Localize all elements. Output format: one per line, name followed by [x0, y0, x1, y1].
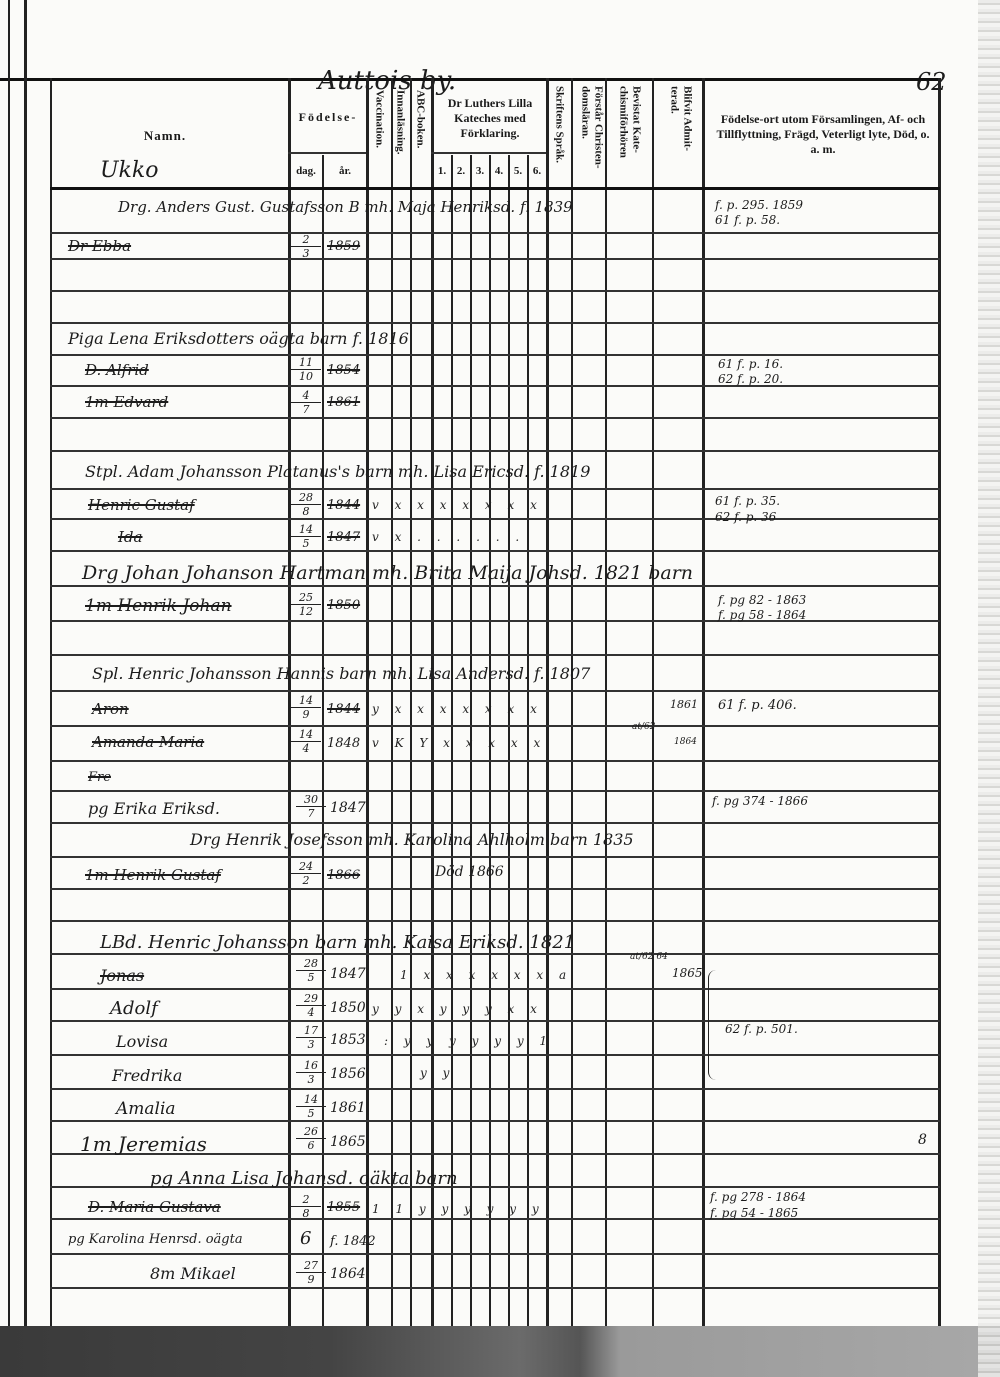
- household-head: Spl. Henric Johansson Hannis barn mh. Li…: [92, 664, 590, 683]
- birth-date: 144: [291, 729, 321, 754]
- birth-year: 1847: [330, 966, 366, 982]
- col-divider: [702, 78, 705, 1330]
- birth-date: 294: [296, 993, 326, 1018]
- birth-year: 1864: [330, 1266, 366, 1282]
- admitted-year: 1864: [674, 737, 697, 747]
- row-rule: [50, 450, 940, 452]
- household-head: Drg Johan Johanson Hartman mh. Brita Mai…: [82, 562, 693, 584]
- catechism-marks: : y y y y y y 1: [384, 1034, 553, 1048]
- birth-date: 279: [296, 1260, 326, 1285]
- child-name: Amalia: [116, 1099, 176, 1119]
- birth-date: 285: [296, 958, 326, 983]
- header-catechism-1: 1.: [433, 165, 451, 179]
- remark: f. pg 374 - 1866: [712, 794, 808, 808]
- birth-year: 1848: [327, 736, 360, 751]
- row-rule: [50, 1020, 940, 1022]
- birth-date: 28: [291, 1194, 321, 1219]
- row-rule: [50, 1120, 940, 1122]
- admitted-year: 1865: [672, 966, 703, 980]
- header-bottom-rule: [50, 187, 940, 190]
- birth-year: f. 1842: [330, 1234, 376, 1249]
- birth-year: 1847: [327, 530, 360, 545]
- row-rule: [50, 585, 940, 587]
- top-rule: [0, 78, 940, 81]
- row-rule: [50, 760, 940, 762]
- remark: f. pg 54 - 1865: [710, 1206, 798, 1220]
- catechism-marks: v K Y x x x x x: [372, 736, 546, 750]
- household-head: pg Anna Lisa Johansd. oäkta barn: [150, 1168, 458, 1189]
- header-subrule: [431, 152, 546, 154]
- header-hearings: Bevistat Kate- chismiförhören: [617, 86, 642, 184]
- child-name: Lovisa: [116, 1032, 168, 1051]
- birth-date: 145: [291, 524, 321, 549]
- hearing-note: at/62: [632, 722, 655, 732]
- child-name: 1m Henrik Gustaf: [85, 866, 221, 884]
- child-name: Amanda Maria: [92, 733, 204, 751]
- remark: f. pg 58 - 1864: [718, 608, 806, 622]
- row-rule: [50, 550, 940, 552]
- birth-day: 6: [300, 1228, 311, 1249]
- row-rule: [50, 322, 940, 324]
- row-rule: [50, 232, 940, 234]
- header-birth: Födelse-: [292, 110, 364, 125]
- header-catechism-2: 2.: [452, 165, 470, 179]
- remark: 61 f. p. 35.: [715, 494, 780, 508]
- remark: f. pg 278 - 1864: [710, 1190, 806, 1204]
- row-rule: [50, 725, 940, 727]
- birth-date: 173: [296, 1025, 326, 1050]
- death-note: Död 1866: [435, 864, 504, 880]
- header-catechism: Dr Luthers Lilla Kateches med Förklaring…: [434, 96, 546, 141]
- household-head: Drg Henrik Josefsson mh. Karolina Ahlhol…: [190, 830, 634, 849]
- margin-mark: 8: [918, 1132, 927, 1148]
- col-divider: [652, 78, 654, 1330]
- row-rule: [50, 822, 940, 824]
- col-divider: [605, 78, 607, 1330]
- row-rule: [50, 920, 940, 922]
- birth-year: 1844: [327, 702, 360, 717]
- birth-date: 288: [291, 492, 321, 517]
- birth-date: 307: [296, 794, 326, 819]
- row-rule: [50, 518, 940, 520]
- birth-date: 23: [291, 234, 321, 259]
- binding-line: [8, 0, 10, 1330]
- catechism-marks: 1 x x x x x x a: [400, 968, 572, 982]
- child-name: Adolf: [110, 998, 158, 1019]
- birth-date: 149: [291, 695, 321, 720]
- child-name: Fredrika: [112, 1066, 182, 1085]
- row-rule: [50, 385, 940, 387]
- header-christianity: Förstår Christen- domsläran.: [579, 86, 604, 184]
- birth-date: 266: [296, 1126, 326, 1151]
- hearing-note: at/62 64: [630, 952, 670, 962]
- child-name: 1m Henrik Johan: [85, 596, 232, 616]
- row-rule: [50, 1054, 940, 1056]
- header-birth-year: år.: [324, 165, 366, 179]
- birth-date: 145: [296, 1094, 326, 1119]
- binding-line: [24, 0, 27, 1330]
- bracket: [708, 970, 719, 1080]
- catechism-marks: v x . . . . . .: [372, 530, 525, 544]
- birth-year: 1850: [327, 598, 360, 613]
- row-rule: [50, 417, 940, 419]
- header-catechism-3: 3.: [471, 165, 489, 179]
- header-subrule: [288, 152, 366, 154]
- register-page: Auttois by. 62 Namn. Ukko Födelse- dag. …: [0, 0, 1000, 1377]
- child-name: pg Karolina Henrsd. oägta: [68, 1232, 243, 1247]
- catechism-marks: 1 1 y y y y y y: [372, 1202, 545, 1216]
- row-rule: [50, 258, 940, 260]
- remark: f. pg 82 - 1863: [718, 593, 806, 607]
- child-name: D. Alfrid: [85, 361, 149, 379]
- header-name: Namn.: [100, 128, 230, 144]
- header-vaccination: Vaccination.: [373, 90, 386, 185]
- child-name: Ida: [118, 528, 142, 546]
- header-admitted: Blifvit Admit- terad.: [668, 86, 693, 184]
- birth-date: 163: [296, 1060, 326, 1085]
- birth-year: 1861: [330, 1100, 366, 1116]
- household-head: Stpl. Adam Johansson Platanus's barn mh.…: [85, 462, 590, 481]
- household-head: Drg. Anders Gust. Gustafsson B mh. Maja …: [118, 198, 573, 216]
- row-rule: [50, 354, 940, 356]
- child-name: Jonas: [100, 966, 144, 985]
- birth-year: 1859: [327, 239, 360, 254]
- birth-date: 2512: [291, 592, 321, 617]
- row-rule: [50, 1253, 940, 1255]
- page-number: 62: [916, 68, 947, 96]
- child-name: Henric Gustaf: [88, 496, 195, 514]
- child-name: 8m Mikael: [150, 1264, 236, 1283]
- birth-year: 1865: [330, 1134, 366, 1150]
- header-abc: ABC-boken.: [414, 90, 427, 185]
- header-birth-day: dag.: [290, 165, 322, 179]
- row-rule: [50, 654, 940, 656]
- child-name: 1m Edvard: [85, 393, 168, 411]
- birth-year: 1847: [330, 800, 366, 816]
- birth-date: 47: [291, 390, 321, 415]
- remark: 62 f. p. 20.: [718, 372, 783, 386]
- header-scripture: Skriftens Språk.: [553, 86, 566, 184]
- row-rule: [50, 290, 940, 292]
- scan-right-edge: [978, 0, 1000, 1377]
- remark: 62 f. p. 36: [715, 510, 776, 524]
- child-name: Aron: [92, 700, 129, 718]
- child-name: Fre: [88, 770, 111, 785]
- remark: 61 f. p. 16.: [718, 357, 783, 371]
- row-rule: [50, 790, 940, 792]
- row-rule: [50, 488, 940, 490]
- header-catechism-4: 4.: [490, 165, 508, 179]
- child-name: D. Maria Gustava: [88, 1198, 221, 1216]
- birth-date: 242: [291, 861, 321, 886]
- child-name: pg Erika Eriksd.: [88, 799, 220, 818]
- remark: 61 f. p. 406.: [718, 698, 797, 713]
- col-divider: [546, 78, 549, 1330]
- row-rule: [50, 1088, 940, 1090]
- margin-line: [50, 78, 52, 1330]
- birth-year: 1855: [327, 1200, 360, 1215]
- household-head: Piga Lena Eriksdotters oägta barn f. 181…: [68, 329, 409, 348]
- catechism-marks: y y: [420, 1066, 455, 1080]
- header-catechism-5: 5.: [509, 165, 527, 179]
- catechism-marks: y y x y y y x x: [372, 1002, 543, 1016]
- birth-year: 1861: [327, 395, 360, 410]
- row-rule: [50, 988, 940, 990]
- row-rule: [50, 620, 940, 622]
- col-divider: [571, 78, 573, 1330]
- row-rule: [50, 888, 940, 890]
- birth-year: 1853: [330, 1032, 366, 1048]
- remark: 62 f. p. 501.: [725, 1022, 798, 1036]
- section-label: Ukko: [100, 158, 158, 183]
- row-rule: [50, 856, 940, 858]
- catechism-marks: y x x x x x x x: [372, 702, 543, 716]
- row-rule: [50, 690, 940, 692]
- header-remarks: Födelse-ort utom Församlingen, Af- och T…: [712, 112, 934, 157]
- household-head: LBd. Henric Johansson barn mh. Kaisa Eri…: [100, 932, 575, 953]
- birth-date: 1110: [291, 357, 321, 382]
- village-heading: Auttois by.: [318, 66, 456, 96]
- catechism-marks: v x x x x x x x: [372, 498, 543, 512]
- remark: f. p. 295. 1859: [715, 198, 803, 212]
- birth-year: 1866: [327, 868, 360, 883]
- row-rule: [50, 1218, 940, 1220]
- row-rule: [50, 1287, 940, 1289]
- birth-year: 1856: [330, 1066, 366, 1082]
- remark: 61 f. p. 58.: [715, 213, 780, 227]
- row-rule: [50, 953, 940, 955]
- birth-year: 1844: [327, 498, 360, 513]
- col-divider: [366, 78, 369, 1330]
- child-name: 1m Jeremias: [80, 1132, 207, 1156]
- scan-footer-band: [0, 1326, 1000, 1377]
- birth-year: 1850: [330, 1000, 366, 1016]
- child-name: Dr Ebba: [68, 237, 131, 255]
- birth-year: 1854: [327, 363, 360, 378]
- header-catechism-6: 6.: [528, 165, 546, 179]
- admitted-year: 1861: [670, 698, 698, 711]
- right-border: [938, 78, 941, 1330]
- header-reading: Innanläsning.: [394, 90, 407, 185]
